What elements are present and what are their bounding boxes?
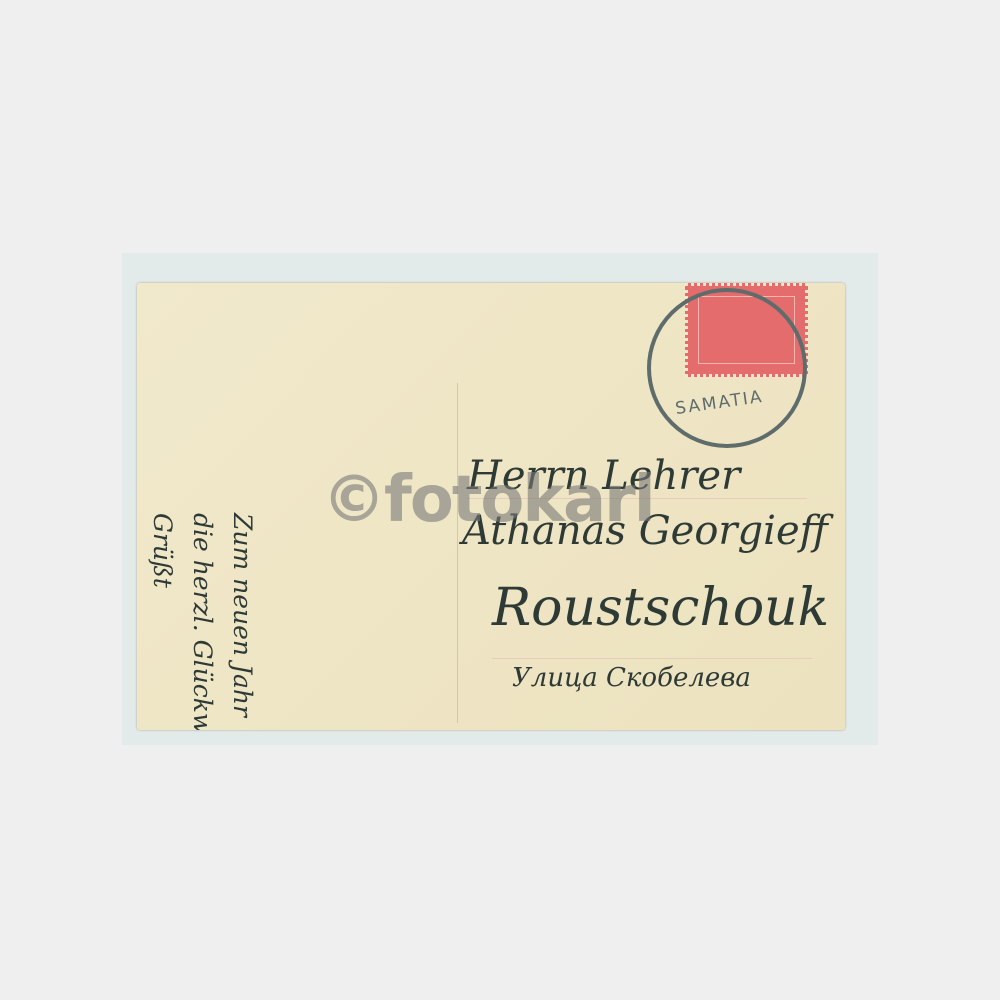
message-line: Grüßt	[137, 513, 177, 730]
recipient-street: Улица Скобелева	[512, 663, 751, 693]
message-text: Zum neuen Jahr die herzl. Glückwünsche G…	[137, 513, 257, 730]
postmark-icon	[647, 288, 807, 448]
watermark: ©fotokarl	[322, 463, 654, 537]
card-divider	[457, 383, 458, 723]
message-line: die herzl. Glückwünsche	[177, 513, 217, 730]
recipient-city: Roustschouk	[492, 578, 829, 638]
address-rule	[492, 658, 812, 659]
message-line: Zum neuen Jahr	[217, 513, 257, 730]
